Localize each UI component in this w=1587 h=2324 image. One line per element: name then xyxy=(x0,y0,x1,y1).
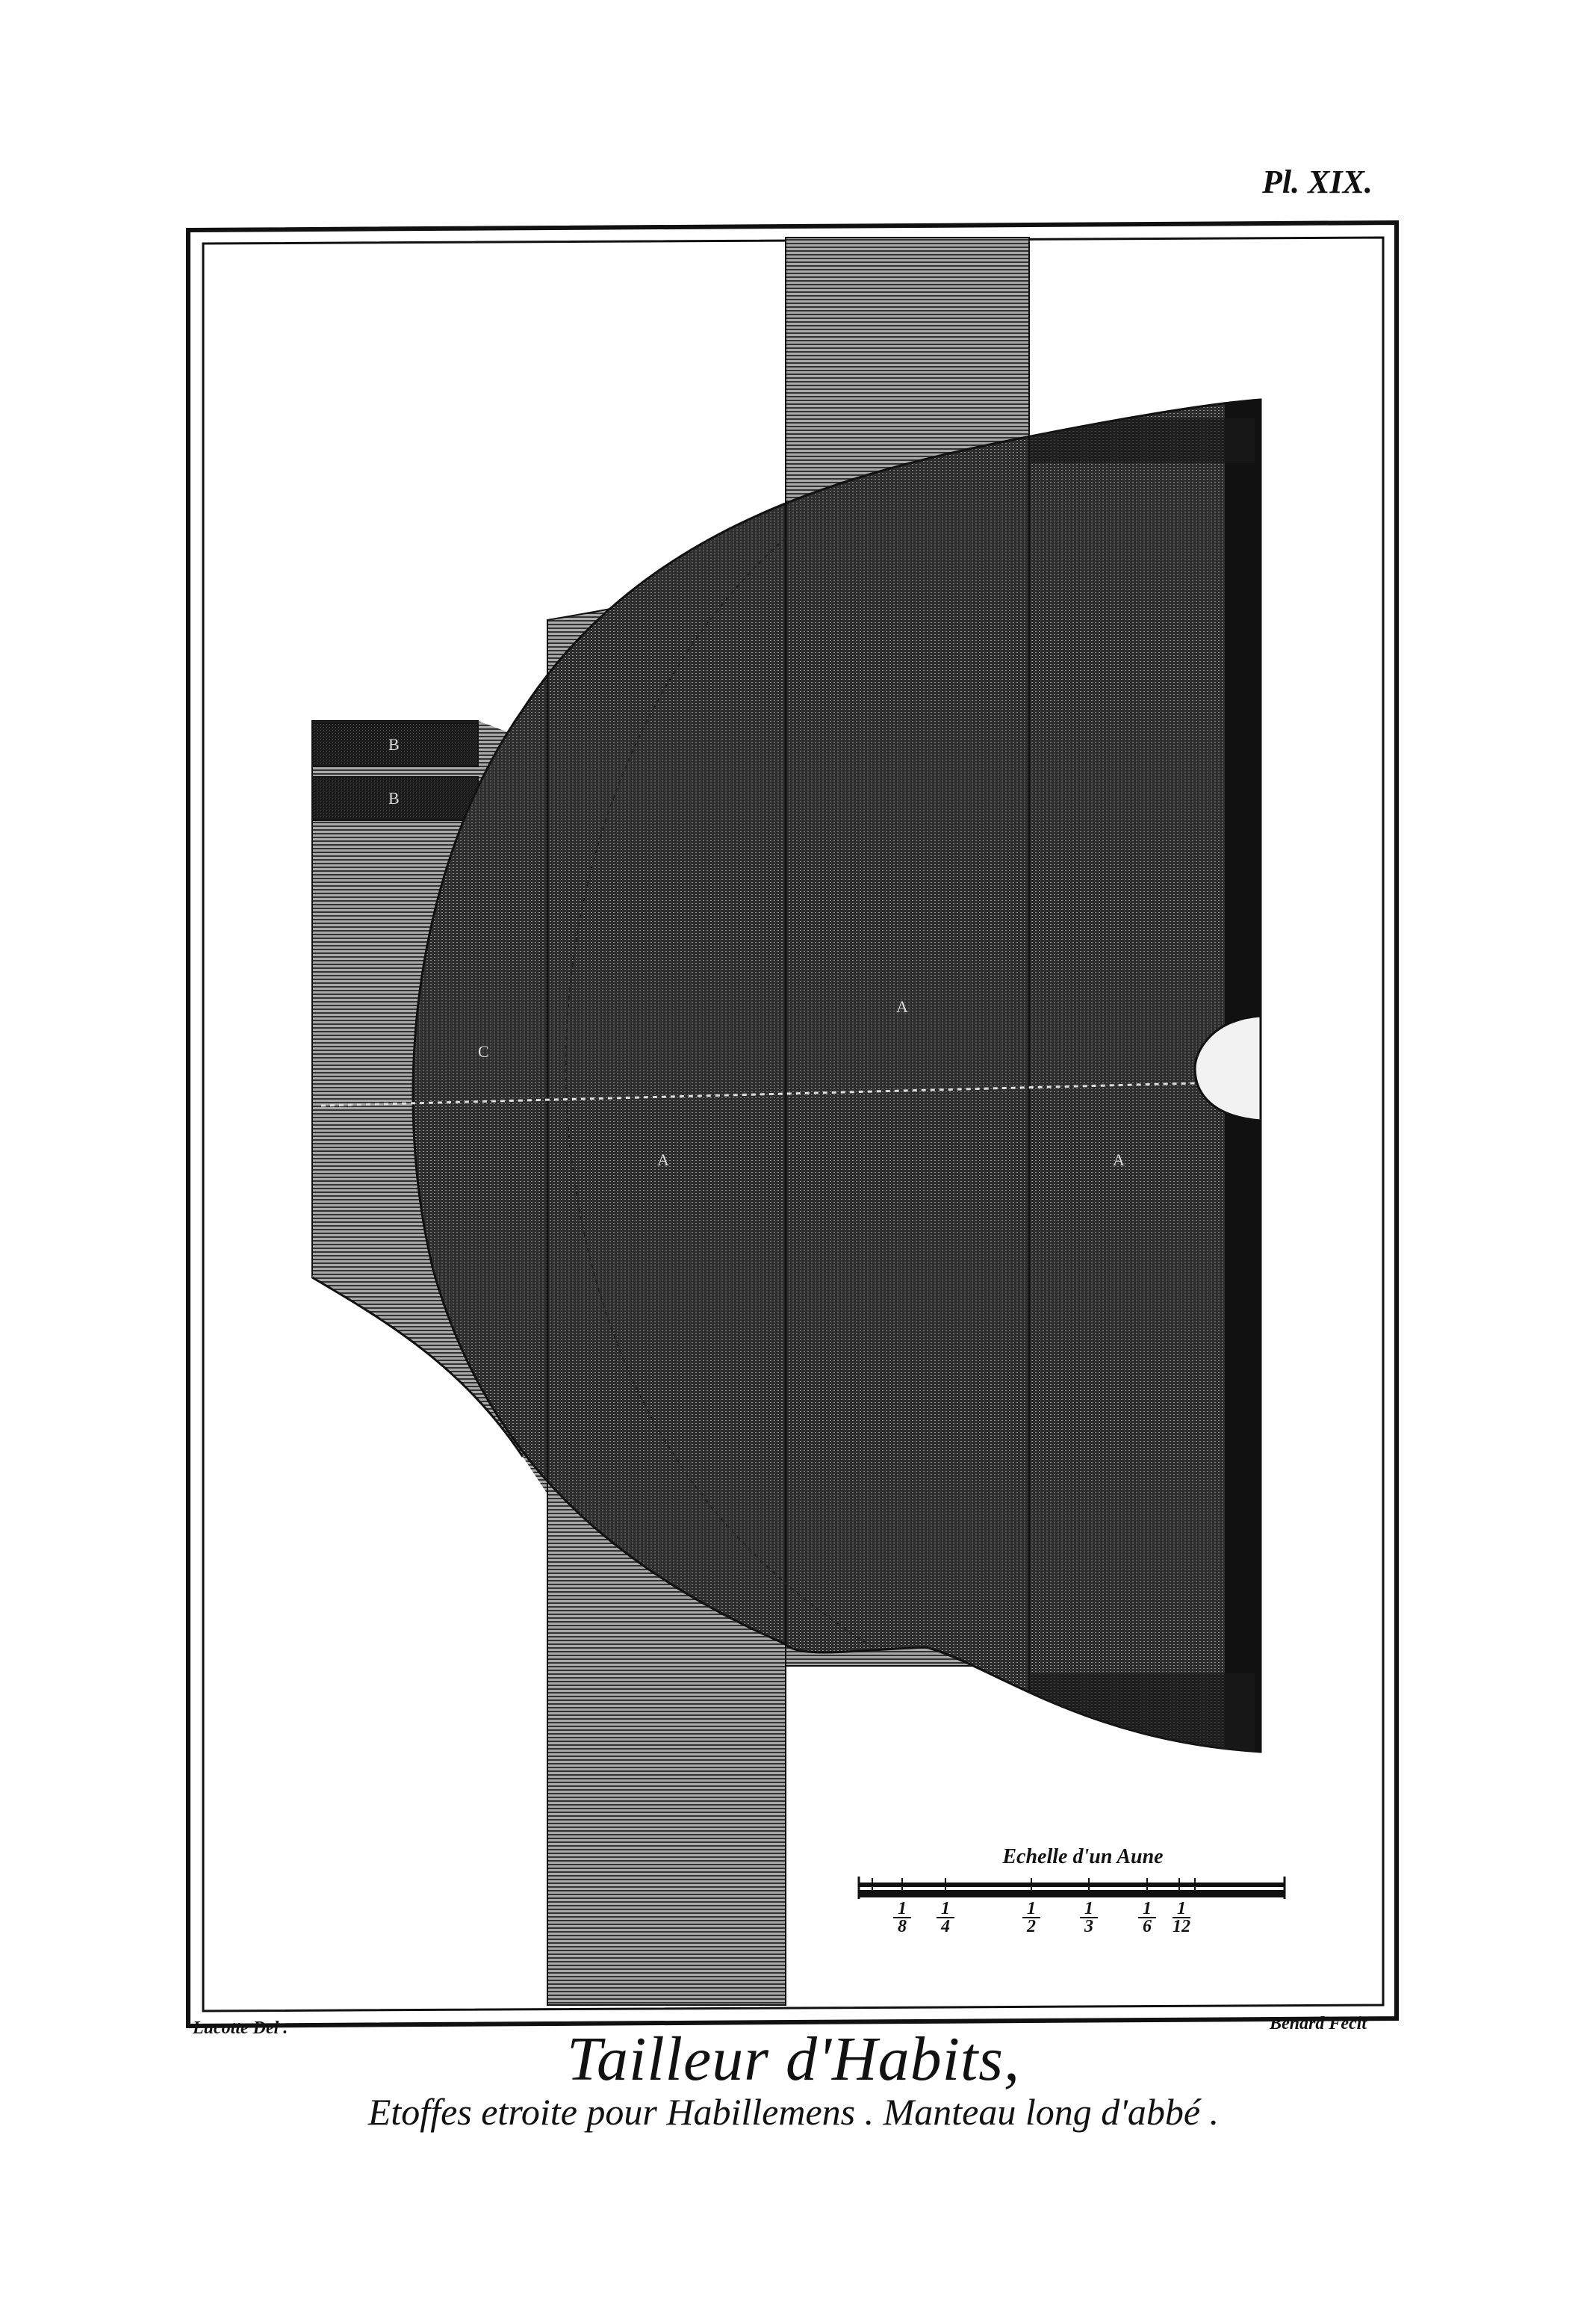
scale-tick-label: 13 xyxy=(1074,1900,1104,1935)
scale-tick-label: 112 xyxy=(1167,1900,1196,1935)
scale-tick-label: 18 xyxy=(887,1900,917,1935)
plate-subtitle: Etoffes etroite pour Habillemens . Mante… xyxy=(0,2090,1587,2134)
cloak-piece xyxy=(321,374,1262,1793)
scale-tick-label: 14 xyxy=(931,1900,960,1935)
scale-bar xyxy=(859,1877,1285,1899)
plate-title: Tailleur d'Habits, xyxy=(0,2023,1587,2095)
label-b-lower: B xyxy=(388,789,400,808)
scale-title: Echelle d'un Aune xyxy=(941,1845,1225,1869)
label-a-top: A xyxy=(896,997,908,1017)
scale-tick-label: 12 xyxy=(1016,1900,1046,1935)
label-a-left: A xyxy=(657,1150,669,1170)
label-b-upper: B xyxy=(388,735,400,754)
label-a-right: A xyxy=(1113,1150,1125,1170)
pattern-diagram xyxy=(0,0,1587,2324)
label-c: C xyxy=(478,1042,489,1062)
scale-tick-label: 16 xyxy=(1132,1900,1162,1935)
